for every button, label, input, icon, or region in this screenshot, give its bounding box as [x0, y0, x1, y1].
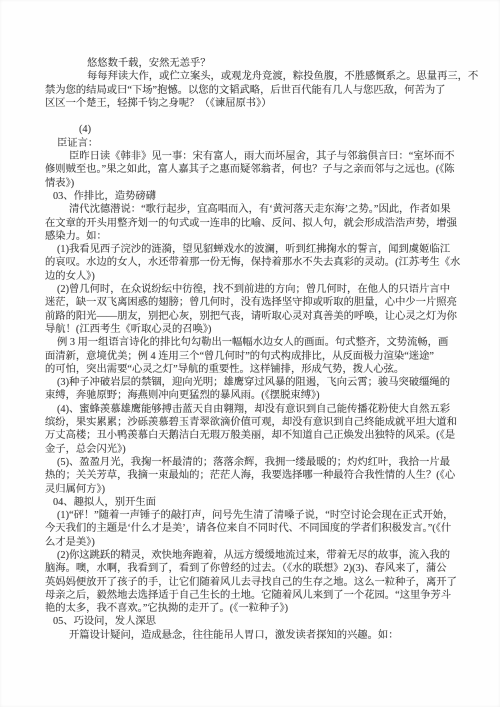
text-line: 修则贼至也。”果之如此，富人嘉其子之惠而疑邻翁者，何也？子与之亲而邻与之远也。(…	[45, 163, 462, 176]
text-line: 每每拜读大作，或伫立案头，或观龙舟竞渡，粽投鱼腹，不胜感慨系之。思量再三，不	[45, 70, 462, 83]
text-line: (4)、蜜蜂羡慕雄鹰能够搏击蓝天自由翱翔，却没有意识到自己能传播花粉使大自然五彩	[45, 403, 462, 416]
text-line: 在文章的开头用整齐划一的句式或一连串的比喻、反问、拟人句，就会形成浩浩声势，增强	[45, 217, 462, 230]
text-line: 艳的太多，我不喜欢。”它执拗的走开了。(《一粒种子》)	[45, 602, 462, 615]
text-line: 区区一个楚王，轻掷千钧之身呢？（《谏屈原书》）	[45, 97, 462, 110]
text-line: (4)	[45, 123, 462, 136]
text-line: 灵归属何方》)	[45, 483, 462, 496]
text-line: 开篇设计疑问，造成悬念，往往能吊人胃口，激发读者探知的兴趣。如：	[45, 629, 462, 642]
text-line: (5)、盈盈月光，我掬一杯最清的；落落余辉，我拥一缕最暖的；灼灼红叶，我拾一片最	[45, 456, 462, 469]
text-line: 感染力。如：	[45, 230, 462, 243]
text-line: 英妈妈便放开了孩子的手，让它们随着风儿去寻找自己的生存之地。这么一粒种子，离开了	[45, 576, 462, 589]
document-body: 悠悠数千载，安然无恙乎？每每拜读大作，或伫立案头，或观龙舟竞渡，粽投鱼腹，不胜感…	[45, 57, 462, 642]
text-line: 脑海。噢，水啊，我看到了，看到了你曾经的过去。（《水的联想》2)(3)、春风来了…	[45, 562, 462, 575]
text-line: 母亲之后，毅然地去选择适于自己生长的土地。它随着风儿来到了一个花园。“这里争芳斗	[45, 589, 462, 602]
text-line: 边的女人》)	[45, 270, 462, 283]
text-line: 05、巧设问，发人深思	[45, 615, 462, 628]
text-line: 今天我们的主题是‘什么才是美’，请各位来自不同时代、不同国度的学者们积极发言。”…	[45, 522, 462, 535]
text-line: 04、趣拟人，别开生面	[45, 496, 462, 509]
text-line: 么才是美》)	[45, 536, 462, 549]
text-line: 金子，总会闪光》)	[45, 443, 462, 456]
blank-line	[45, 110, 462, 123]
text-line: 万丈高楼；丑小鸭羡慕白天鹅洁白无瑕万般美丽，却不知道自己正焕发出独特的风采。(《…	[45, 429, 462, 442]
text-line: 前路的阳光——朋友，别把心灰，别把气丧，请听取心灵对真善美的呼唤，让心灵之灯为你	[45, 310, 462, 323]
text-line: 情表》)	[45, 177, 462, 190]
text-line: 面清新，意境优美；例 4 连用三个“曾几何时”的句式构成排比，从反面极力渲染“迷…	[45, 350, 462, 363]
document-page: 悠悠数千载，安然无恙乎？每每拜读大作，或伫立案头，或观龙舟竞渡，粽投鱼腹，不胜感…	[0, 0, 500, 707]
text-line: (2)曾几何时，在众说纷纭中彷徨，找不到前进的方向；曾几何时，在他人的只语片言中	[45, 283, 462, 296]
text-line: 迷茫，缺一双飞离困惑的翅膀；曾几何时，没有选择坚守抑或听取的胆量，心中少一片照亮	[45, 296, 462, 309]
text-line: (2)你这跳跃的精灵，欢快地奔跑着，从远方缓缓地流过来，带着无尽的故事，流入我的	[45, 549, 462, 562]
text-line: (1)“砰！”随着一声锤子的敲打声，问号先生清了清嗓子说，“时空讨论会现在正式开…	[45, 509, 462, 522]
text-line: 的哀叹。水边的女人，水还带着那一份无悔，保持着那水不失去真彩的灵动。(江苏考生《…	[45, 256, 462, 269]
text-line: 悠悠数千载，安然无恙乎？	[45, 57, 462, 70]
text-line: 的可怕，突出需要“心灵之灯”导航的重要性。这样铺排，形成气势，拨人心弦。	[45, 363, 462, 376]
text-line: 禁为您的结局或曰“下场”抱憾。以您的文韬武略，后世百代能有几人与您匹敌，何苦为了	[45, 84, 462, 97]
text-line: (1)我看见西子浣沙的涟漪，望见貂蝉戏水的波澜，听到红拂掬水的誓言，闻到虞姬临江	[45, 243, 462, 256]
text-line: 例 3 用一组语言诗化的排比句勾勒出一幅幅水边女人的画面。句式整齐，文势流畅，画	[45, 336, 462, 349]
text-line: 束缚，奔驰原野；海燕则冲向更猛烈的暴风雨。(《摆脱束缚》)	[45, 389, 462, 402]
text-line: 热的；关关芳草，我摘一束最灿的；茫茫人海，我要选择哪一种最符合我性情的人生？(《…	[45, 469, 462, 482]
text-line: 臣昨日读《韩非》见一事：宋有富人，雨大而坏屋舍，其子与邻翁俱言曰：“室坏而不	[45, 150, 462, 163]
text-line: 03、作排比，造势磅礴	[45, 190, 462, 203]
text-line: 缤纷，果实累累；沙砾羡慕碧玉青翠欲滴价值可观，却没有意识到自己终能成就平坦大道和	[45, 416, 462, 429]
text-line: 臣证言：	[45, 137, 462, 150]
text-line: (3)种子冲破岩层的禁锢，迎向光明；雄鹰穿过风暴的阻遏，飞向云霄；骏马突破缰绳的	[45, 376, 462, 389]
text-line: 清代沈德潜说：“歌行起步，宜高唱而入，有‘黄河落天走东海’之势。”因此，作者如果	[45, 203, 462, 216]
text-line: 导航！(江西考生《听取心灵的召唤》)	[45, 323, 462, 336]
